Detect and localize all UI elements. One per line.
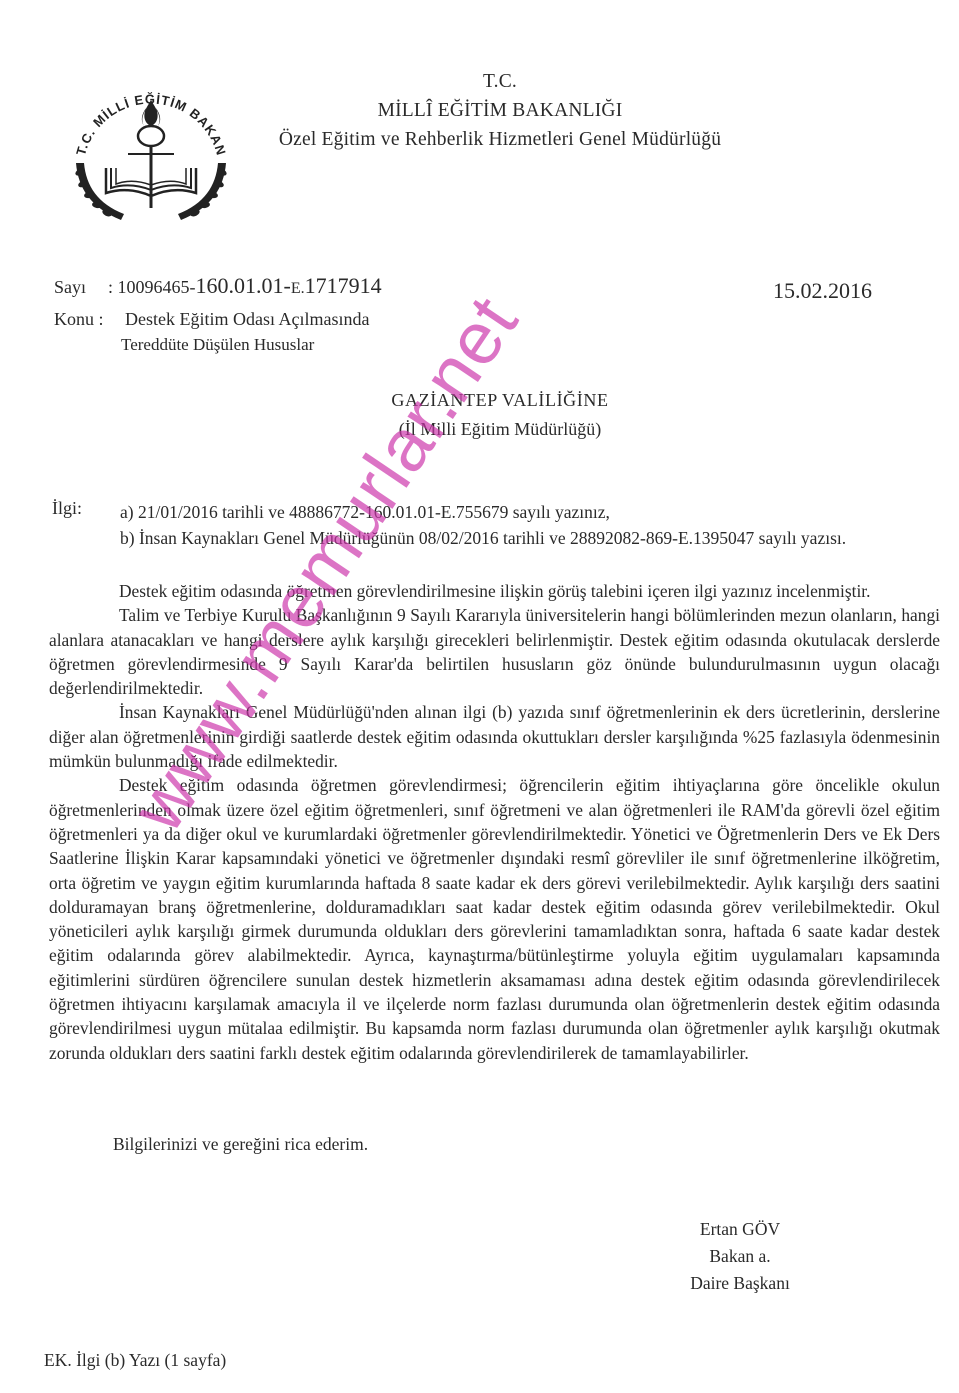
header-ministry: MİLLÎ EĞİTİM BAKANLIĞI: [270, 100, 730, 122]
header-tc: T.C.: [270, 71, 730, 93]
signer-title-1: Bakan a.: [660, 1246, 820, 1267]
body-paragraph: Destek eğitim odasında öğretmen görevlen…: [49, 579, 940, 603]
konu-label: Konu :: [54, 309, 104, 330]
sayi-mid: 160.01.01-: [196, 273, 291, 298]
body-paragraph: İnsan Kaynakları Genel Müdürlüğü'nden al…: [49, 700, 940, 773]
header-directorate: Özel Eğitim ve Rehberlik Hizmetleri Gene…: [270, 129, 730, 151]
reference-label: İlgi:: [52, 498, 82, 519]
reference-a: a) 21/01/2016 tarihli ve 48886772-160.01…: [120, 502, 610, 523]
signer-title-2: Daire Başkanı: [660, 1273, 820, 1294]
sayi-prefix: : 10096465-: [108, 277, 196, 297]
body-paragraph: Destek eğitim odasında öğretmen görevlen…: [49, 773, 940, 1065]
reference-b: b) İnsan Kaynakları Genel Müdürlüğünün 0…: [120, 528, 846, 549]
body-paragraph: Talim ve Terbiye Kurulu Başkanlığının 9 …: [49, 603, 940, 700]
letter-body: Destek eğitim odasında öğretmen görevlen…: [49, 579, 940, 1065]
document-date: 15.02.2016: [773, 278, 872, 304]
attachment-note: EK. İlgi (b) Yazı (1 sayfa): [44, 1350, 226, 1371]
ministry-logo: T.C. MİLLİ EĞİTİM BAKANLIĞI: [66, 68, 236, 233]
sayi-num: 1717914: [305, 273, 382, 298]
closing-line: Bilgilerinizi ve gereğini rica ederim.: [113, 1134, 368, 1155]
ministry-emblem-icon: T.C. MİLLİ EĞİTİM BAKANLIĞI: [66, 68, 236, 233]
subject-line-1: Destek Eğitim Odası Açılmasında: [125, 309, 369, 330]
signer-name: Ertan GÖV: [660, 1219, 820, 1240]
document-number: : 10096465-160.01.01-E.1717914: [108, 273, 382, 299]
sayi-e: E.: [291, 280, 305, 297]
addressee-line-2: (İl Milli Eğitim Müdürlüğü): [300, 419, 700, 440]
sayi-label: Sayı: [54, 277, 86, 298]
subject-line-2: Tereddüte Düşülen Hususlar: [121, 335, 314, 355]
addressee-line-1: GAZİANTEP VALİLİĞİNE: [300, 390, 700, 411]
